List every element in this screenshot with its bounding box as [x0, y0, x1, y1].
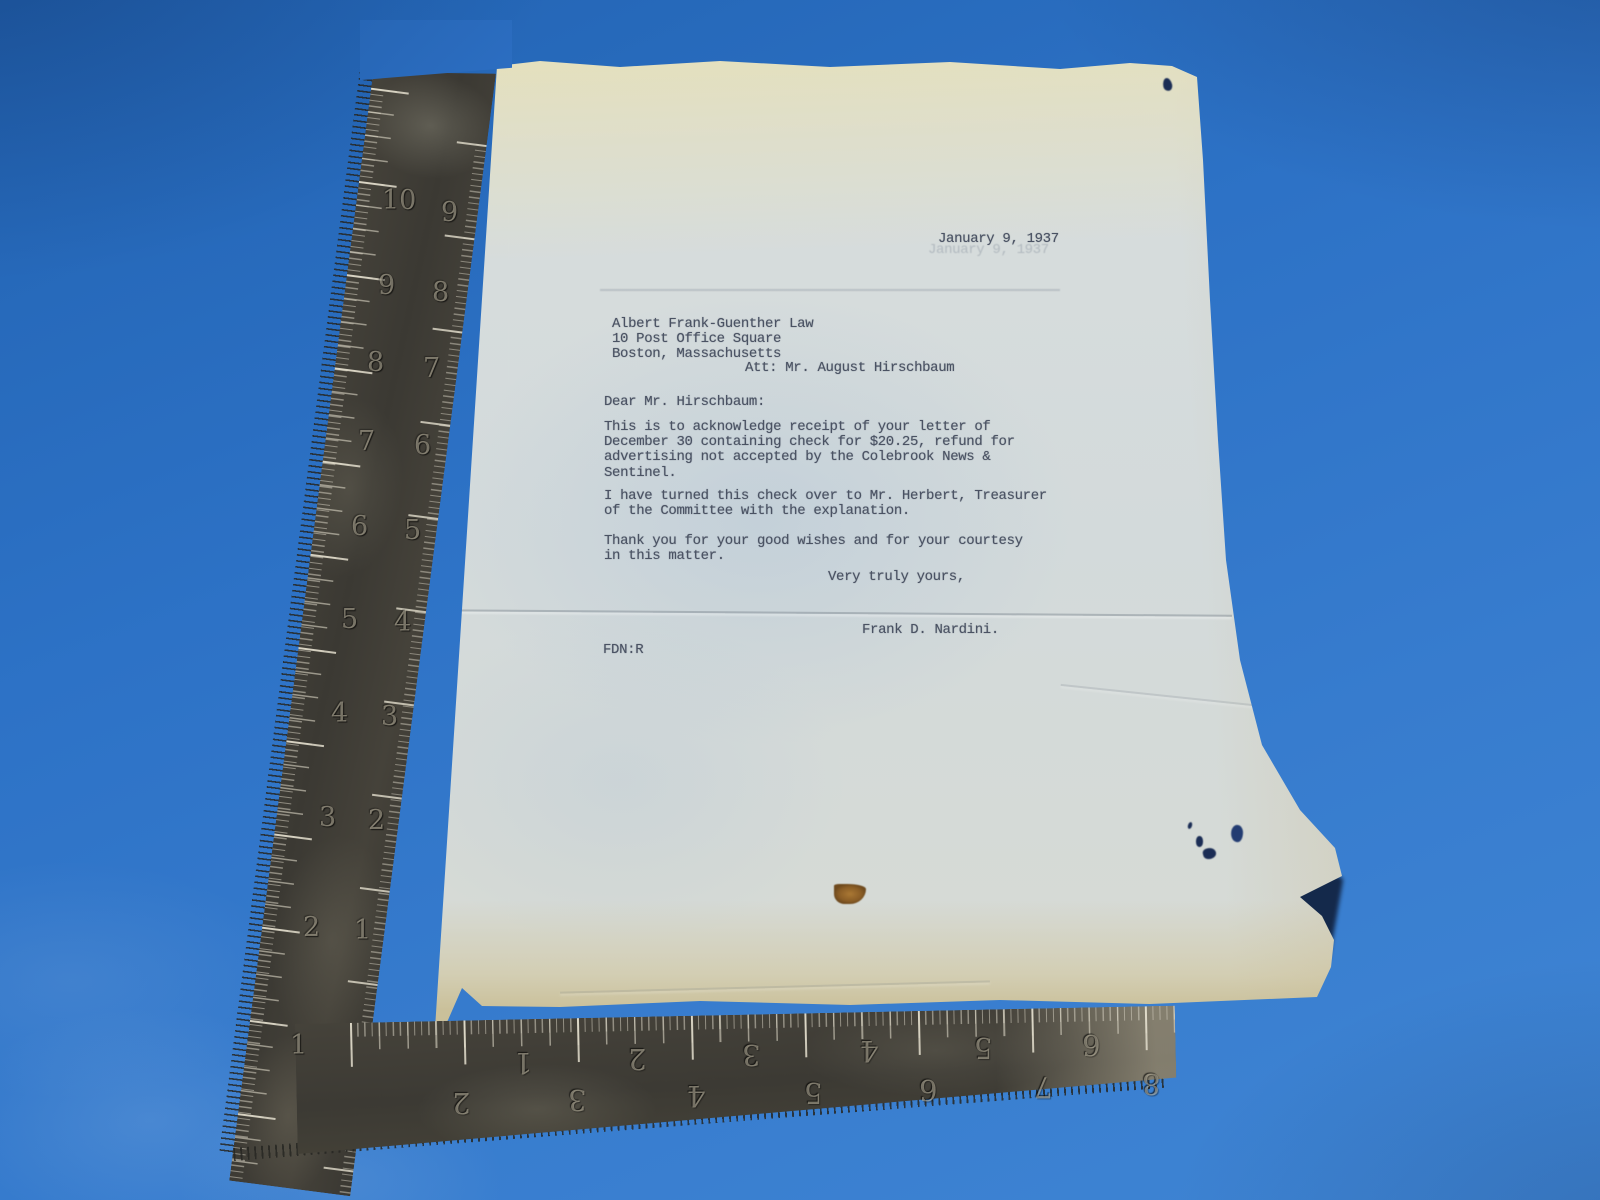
ink-blot — [1196, 836, 1203, 847]
ruler-number: 5 — [341, 604, 358, 635]
photo-of-letter-with-rulers: January 9, 1937 January 9, 1937 Albert F… — [0, 0, 1600, 1200]
ruler-number: 1 — [354, 915, 371, 946]
ruler-number: 6 — [1082, 1028, 1100, 1062]
body-paragraph-1: This is to acknowledge receipt of your l… — [604, 420, 1015, 481]
ink-blot — [1202, 847, 1217, 861]
ruler-number: 4 — [860, 1034, 878, 1068]
letter-date: January 9, 1937 — [938, 232, 1059, 247]
signature: Frank D. Nardini. — [862, 623, 999, 638]
ruler-number: 3 — [568, 1083, 586, 1117]
ruler-number: 5 — [804, 1076, 822, 1110]
ruler-number: 4 — [394, 607, 411, 638]
ink-blot — [1230, 824, 1245, 843]
salutation: Dear Mr. Hirschbaum: — [604, 395, 765, 410]
ruler-number: 6 — [919, 1073, 937, 1107]
ruler-number: 2 — [628, 1042, 646, 1076]
fold-crease — [432, 609, 1232, 617]
ruler-number: 6 — [351, 511, 368, 542]
closing: Very truly yours, — [828, 570, 965, 585]
ruler-number: 6 — [414, 430, 431, 461]
ruler-number: 9 — [441, 197, 458, 228]
ruler-number: 1 — [514, 1046, 532, 1080]
ruler-number: 1 — [290, 1030, 307, 1061]
ink-blot — [1187, 822, 1193, 830]
ruler-number: 3 — [381, 701, 398, 732]
ruler-number: 4 — [331, 698, 348, 729]
ruler-number: 7 — [358, 426, 375, 457]
ruler-number: 3 — [319, 802, 336, 833]
typist-reference: FDN:R — [603, 643, 643, 658]
ruler-number: 4 — [687, 1079, 705, 1113]
body-paragraph-3: Thank you for your good wishes and for y… — [604, 534, 1023, 564]
body-paragraph-2: I have turned this check over to Mr. Her… — [604, 489, 1047, 519]
ruler-number: 2 — [368, 805, 385, 836]
ruler-number: 5 — [974, 1031, 992, 1065]
rust-stain — [834, 884, 866, 904]
recipient-address: Albert Frank-Guenther Law 10 Post Office… — [612, 317, 813, 363]
ink-blot — [1162, 77, 1174, 92]
ruler-number: 8 — [1142, 1067, 1160, 1101]
ruler-number: 9 — [378, 270, 395, 301]
ruler-number: 2 — [452, 1086, 470, 1120]
ruler-number: 8 — [367, 347, 384, 378]
ruler-number: 8 — [432, 277, 449, 308]
ruler-number: 10 — [382, 185, 416, 216]
ruler-number: 7 — [1034, 1070, 1052, 1104]
fold-crease — [560, 980, 990, 993]
ruler-number: 2 — [303, 912, 320, 943]
ruler-number: 3 — [742, 1038, 760, 1072]
ruler-number: 5 — [404, 515, 421, 546]
ruler-number: 7 — [423, 353, 440, 384]
faint-pencil-line — [600, 289, 1060, 291]
attention-line: Att: Mr. August Hirschbaum — [745, 361, 954, 376]
